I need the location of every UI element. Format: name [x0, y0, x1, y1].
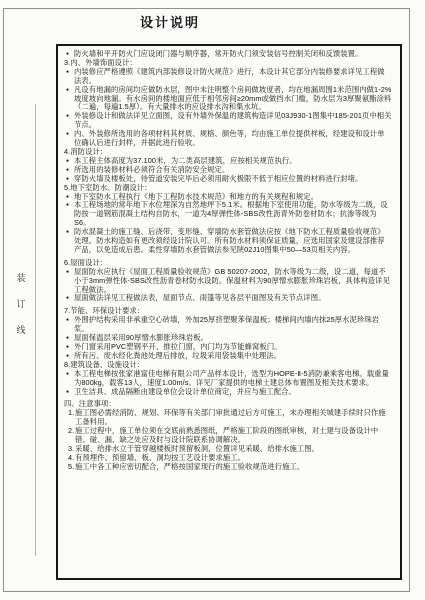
binding-line — [35, 104, 36, 556]
note-text: 屋面防水应执行《屋面工程质量验收规范》GB 50207-2002，防水等级为二级… — [74, 267, 390, 294]
note-line-bullet: ●内、外装修所选用的各项材料其材质、规格、颜色等，均由施工单位提供样板，经建设和… — [64, 130, 392, 148]
binding-char: 线 — [16, 323, 25, 336]
note-text: 本工程场地的常年地下水位埋深为自然地坪下5.1米。根据地下室使用功能，防水等级为… — [74, 200, 388, 227]
binding-char: 订 — [16, 297, 25, 310]
bullet-marker: ● — [66, 343, 69, 352]
page-title: 设计说明 — [110, 12, 230, 31]
note-text: 凡设有地漏的房间均应做防水层，图中未注明整个房间做坡度者，均在地漏周围1米范围内… — [74, 85, 391, 112]
note-text: 本工程主体高度为37.100米，为二类高层建筑，应按相关规范执行。 — [74, 156, 297, 165]
note-text: 7.节能、环保设计要求： — [64, 306, 144, 315]
note-line-bullet: ●凡设有地漏的房间均应做防水层，图中未注明整个房间做坡度者，均在地漏周围1米范围… — [64, 86, 392, 113]
binding-label: 装 订 线 — [15, 271, 27, 336]
note-text: 采暖、给排水立于管穿越楼板时预留板洞，位置详见采暖、给排水施工图。 — [75, 444, 319, 453]
bullet-marker: ● — [66, 68, 69, 77]
bullet-marker: ● — [66, 193, 69, 202]
binding-char: 装 — [16, 271, 25, 284]
item-number: 2. — [68, 427, 74, 436]
note-text: 防火墙和平开防火门应设闭门器与顺序器，常开防火门须安装信号控制关闭和反馈装置。 — [74, 49, 362, 58]
bullet-marker: ● — [66, 130, 69, 139]
item-number: 5. — [68, 463, 74, 472]
note-text: 6.屋面设计： — [64, 258, 107, 267]
bullet-marker: ● — [66, 157, 69, 166]
note-text: 4.消防设计： — [64, 147, 107, 156]
note-text: 外围护结构采用非承重空心砖墙，外加25厚挤塑聚苯保温板；楼梯间内墙内抹25厚水泥… — [74, 315, 379, 333]
note-line-bullet: ●屋面防水应执行《屋面工程质量验收规范》GB 50207-2002，防水等级为二… — [64, 268, 392, 295]
note-text: 屋面做法详见工程做法表，屋面节点、雨篷等见各层平面图及有关节点详图。 — [74, 293, 326, 302]
note-text: 所选用的装修材料必须符合有关消防安全规定。 — [74, 165, 229, 174]
note-text: 施工图必需经消防、规划、环保等有关部门审批通过后方可施工，未办理相关城建手续时只… — [75, 408, 386, 426]
note-text: 外门窗采用PVC塑钢平开、推拉门窗，内门均为节能蜂窝板门。 — [74, 342, 282, 351]
note-line-bullet: ●外围护结构采用非承重空心砖墙，外加25厚挤塑聚苯保温板；楼梯间内墙内抹25厚水… — [64, 316, 392, 334]
note-line-bullet: ●内装修应严格遵照《建筑内部装修设计防火规范》进行，本设计其它部分内装修要求详见… — [64, 68, 392, 86]
note-text: 外装修设计和做法详见立面图，设有外墙外保温的建筑构造详见03J930-1图集中1… — [74, 111, 392, 129]
bullet-marker: ● — [66, 166, 69, 175]
note-line-sub: 5.施工中各工种应密切配合，严格按国家现行的施工验收规范进行施工。 — [64, 463, 392, 472]
note-line-bullet: ●本工程电梯按张家港富佳电梯有限公司产品样本设计，选型为HOPE-Ⅱ-5消防兼乘… — [64, 370, 392, 388]
note-line-bullet: ●外装修设计和做法详见立面图，设有外墙外保温的建筑构造详见03J930-1图集中… — [64, 112, 392, 130]
note-line-sub: 1.施工图必需经消防、规划、环保等有关部门审批通过后方可施工，未办理相关城建手续… — [64, 409, 392, 427]
note-line-bullet: ●屋面做法详见工程做法表，屋面节点、雨篷等见各层平面图及有关节点详图。 — [64, 294, 392, 303]
note-text: 四、注意事项： — [64, 399, 116, 408]
bullet-marker: ● — [66, 370, 69, 379]
note-text: 防水混凝土的施工缝、后浇带、变形缝、穿墙防水套管做法应按《地下防水工程质量验收规… — [74, 227, 385, 254]
note-text: 施工过程中，施工单位须在交底前熟悉图纸，严格施工阶段的图纸审核，对土建与设备设计… — [75, 426, 378, 444]
bullet-marker: ● — [66, 294, 69, 303]
note-text: 本工程电梯按张家港富佳电梯有限公司产品样本设计，选型为HOPE-Ⅱ-5消防兼乘客… — [74, 369, 389, 387]
note-text: 所有污、废水经化粪池处理后排放，垃圾采用袋装集中处理法。 — [74, 351, 281, 360]
note-text: 5.地下室防水、防潮设计： — [64, 183, 152, 192]
design-notes-body: ●防火墙和平开防火门应设闭门器与顺序器，常开防火门须安装信号控制关闭和反馈装置。… — [58, 46, 400, 472]
note-text: 内装修应严格遵照《建筑内部装修设计防火规范》进行，本设计其它部分内装修要求详见工… — [74, 67, 385, 85]
item-number: 1. — [68, 409, 74, 418]
bullet-marker: ● — [66, 316, 69, 325]
bullet-marker: ● — [66, 268, 69, 277]
note-text: 施工中各工种应密切配合，严格按国家现行的施工验收规范进行施工。 — [75, 462, 304, 471]
bullet-marker: ● — [66, 86, 69, 95]
note-line-sub: 2.施工过程中，施工单位须在交底前熟悉图纸，严格施工阶段的图纸审核，对土建与设备… — [64, 427, 392, 445]
drawing-sheet: 设计说明 装 订 线 ●防火墙和平开防火门应设闭门器与顺序器，常开防火门须安装信… — [0, 0, 425, 600]
note-text: 有预埋件、预留墙、板、洞均按工艺设计要求施工。 — [75, 453, 245, 462]
note-text: 3.内、外墙饰面设计： — [64, 58, 137, 67]
bullet-marker: ● — [66, 112, 69, 121]
note-text: 穿防火墙及楼板处，待管道安装完毕后必须用耐火极限不低于相应位置的材料进行封堵。 — [74, 174, 362, 183]
note-line-bullet: ●本工程场地的常年地下水位埋深为自然地坪下5.1米。根据地下室使用功能，防水等级… — [64, 201, 392, 228]
note-text: 地下室防水工程执行《地下工程防水技术规范》和地方的有关规程和规定。 — [74, 192, 318, 201]
note-line-bullet: ●卫生洁具、成品隔断由建设单位会设计单位商定，并应与施工配合。 — [64, 388, 392, 397]
note-text: 8.建筑设备、设施设计： — [64, 360, 144, 369]
bullet-marker: ● — [66, 334, 69, 343]
note-text: 卫生洁具、成品隔断由建设单位会设计单位商定，并应与施工配合。 — [74, 387, 296, 396]
note-text: 屋面保温层采用90厚憎水膨胀珍珠岩板。 — [74, 333, 208, 342]
design-notes-box: ●防火墙和平开防火门应设闭门器与顺序器，常开防火门须安装信号控制关闭和反馈装置。… — [56, 44, 402, 580]
note-line-bullet: ●防水混凝土的施工缝、后浇带、变形缝、穿墙防水套管做法应按《地下防水工程质量验收… — [64, 228, 392, 255]
bullet-marker: ● — [66, 228, 69, 237]
note-text: 内、外装修所选用的各项材料其材质、规格、颜色等，均由施工单位提供样板，经建设和设… — [74, 129, 385, 147]
bullet-marker: ● — [66, 201, 69, 210]
bullet-marker: ● — [66, 388, 69, 397]
